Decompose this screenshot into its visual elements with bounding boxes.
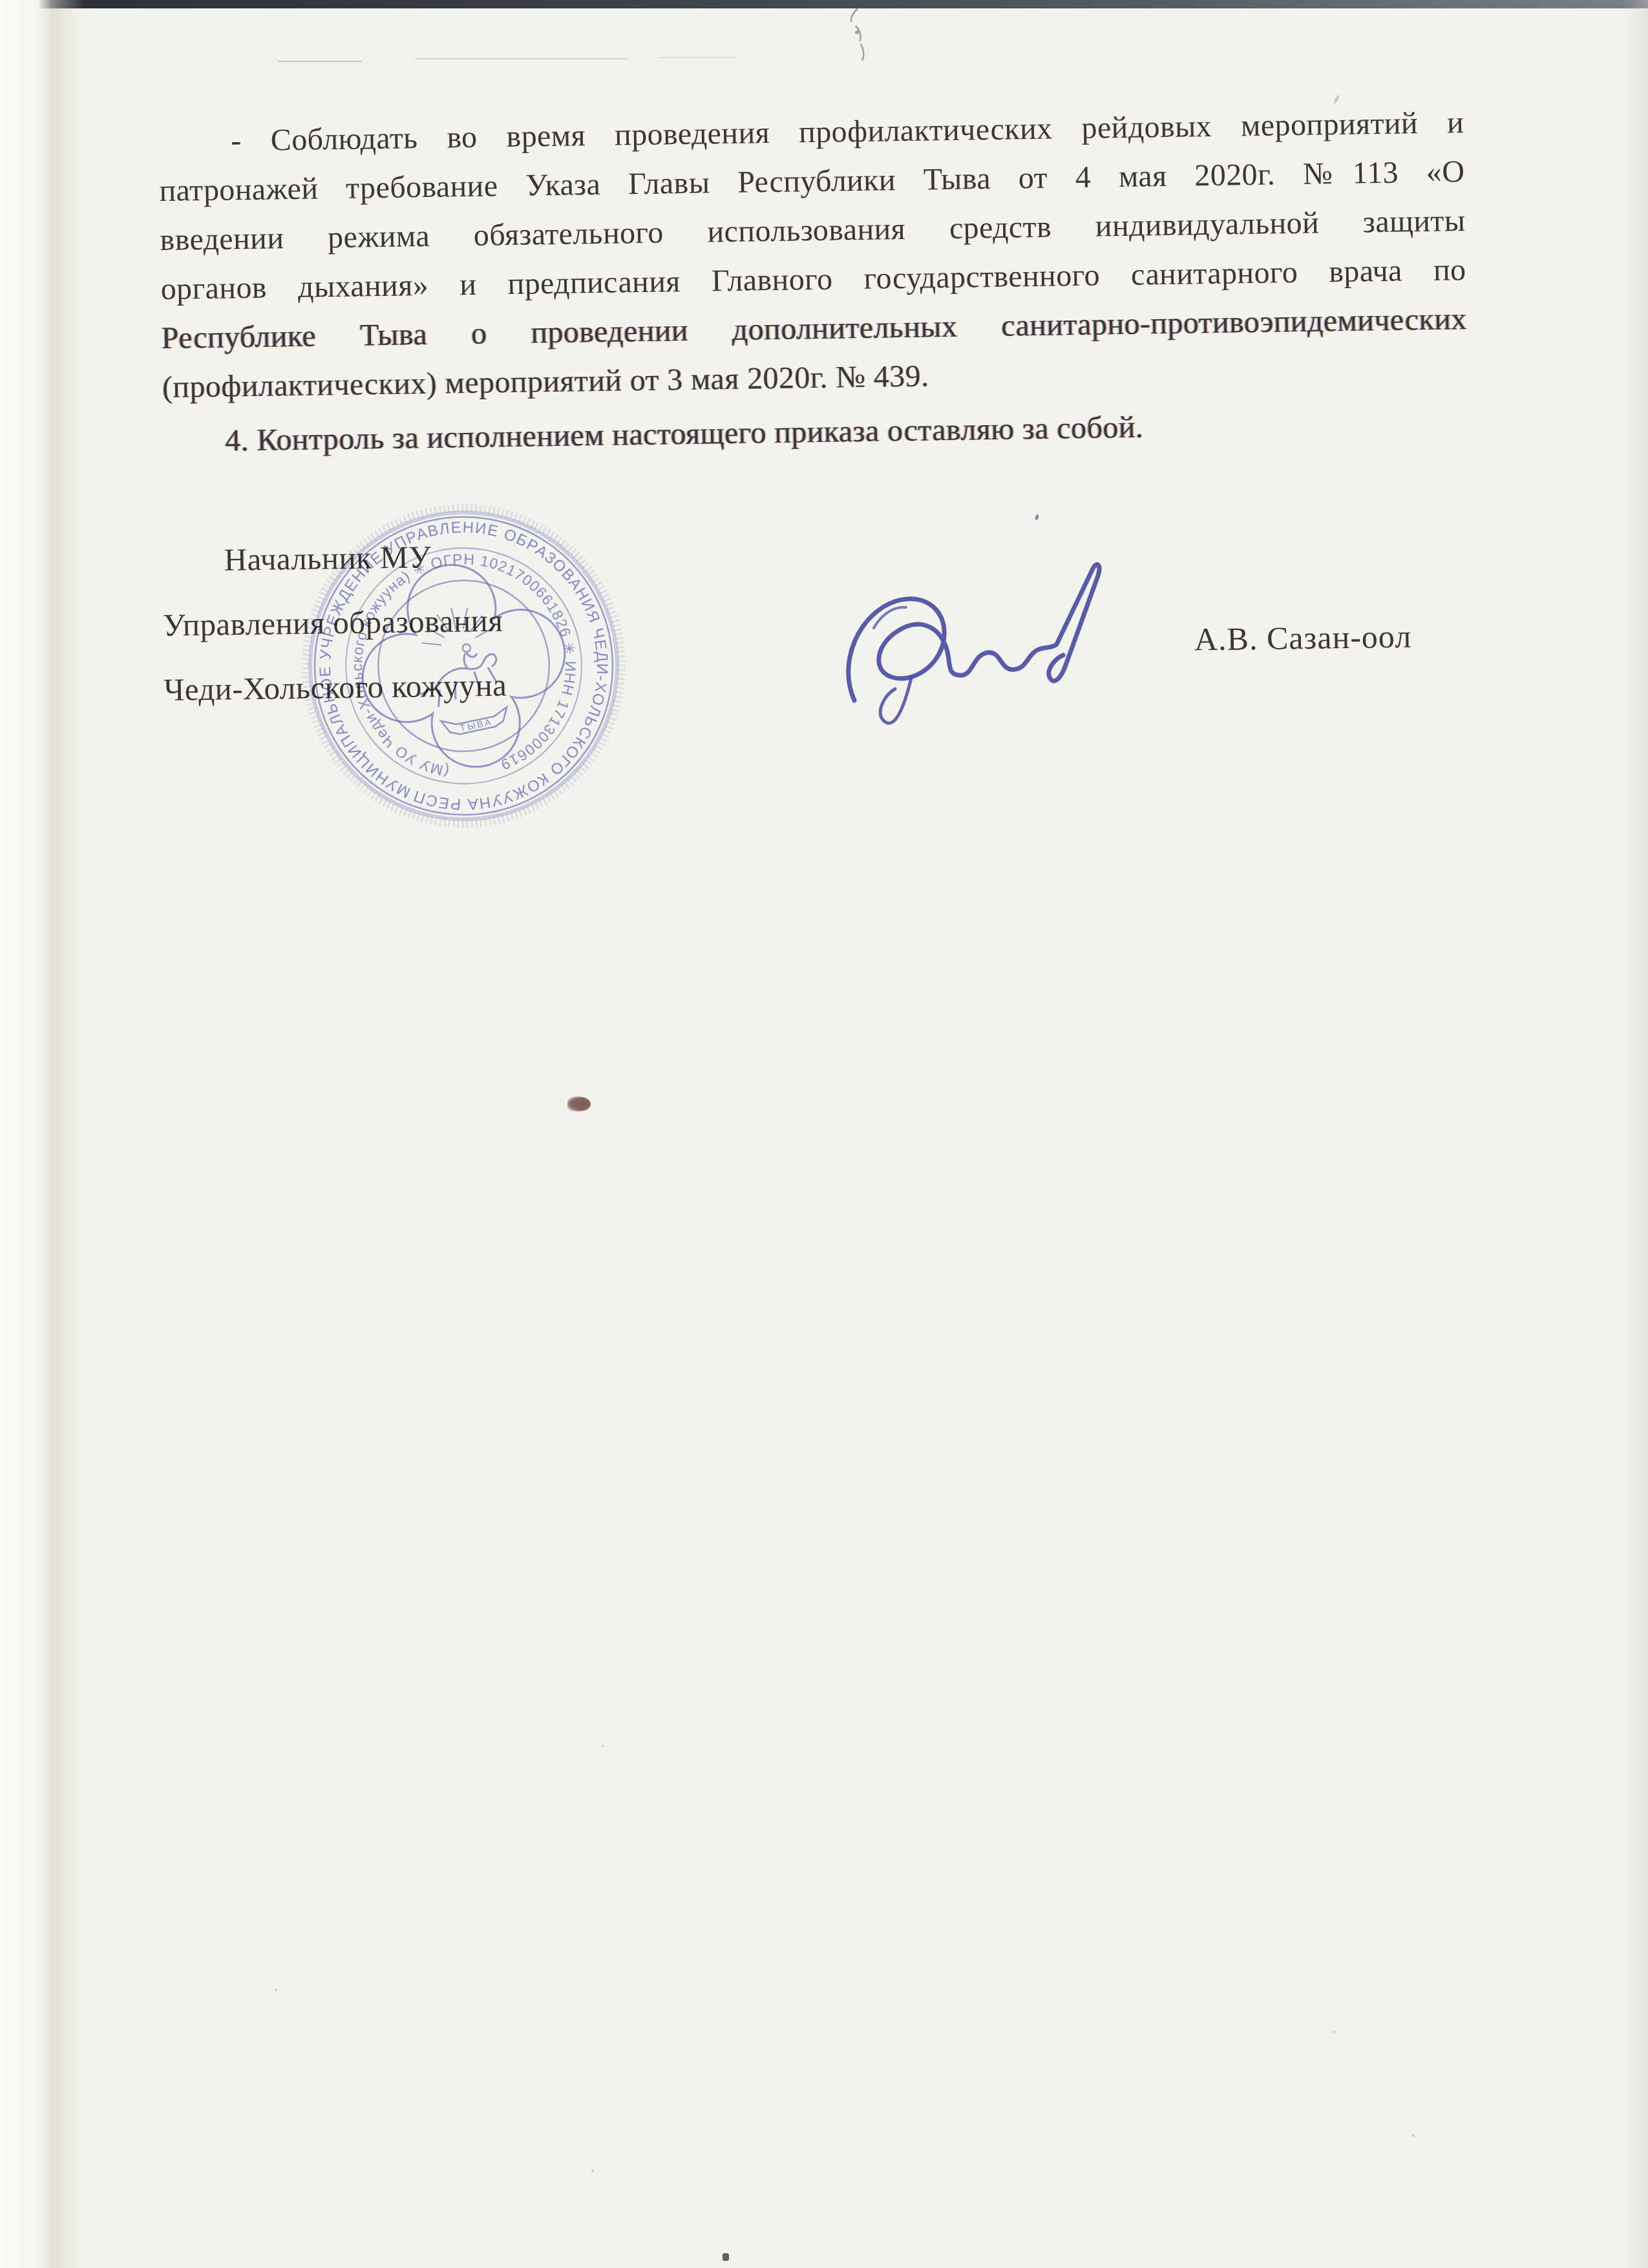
scan-scratch-mark xyxy=(834,4,892,68)
scan-speck xyxy=(601,1745,604,1747)
official-round-stamp: МУНИЦИПАЛЬНОЕ УЧРЕЖДЕНИЕ УПРАВЛЕНИЕ ОБРА… xyxy=(262,465,665,867)
scan-speck xyxy=(275,1989,277,1991)
horseman-icon xyxy=(411,638,503,710)
ink-blot-artifact xyxy=(567,1097,591,1111)
scan-speck xyxy=(1035,514,1039,521)
scan-left-shading xyxy=(0,0,84,2268)
order-paragraph: - Соблюдать во время проведения профилак… xyxy=(158,98,1469,467)
scan-dash-artifact xyxy=(278,61,362,62)
sun-rays-icon xyxy=(416,600,494,649)
scanner-edge-strip xyxy=(0,0,1648,8)
scan-right-shading xyxy=(1622,0,1648,2268)
scan-speck xyxy=(591,2170,594,2172)
scan-speck xyxy=(723,2253,729,2261)
document-page: - Соблюдать во время проведения профилак… xyxy=(0,0,1648,2268)
stamp-outer-border xyxy=(282,484,646,848)
handwritten-signature xyxy=(835,551,1119,744)
signatory-name: А.В. Сазан-оол xyxy=(1194,618,1412,658)
scan-dash-artifact xyxy=(659,57,737,58)
scan-speck xyxy=(1411,2134,1415,2137)
stamp-inner-ring-label: (МУ УО Чеди-Хольского кожууна) ✳ ОГРН 10… xyxy=(333,536,594,796)
stamp-outer-border-inner xyxy=(287,489,640,843)
scan-speck xyxy=(1333,2031,1336,2033)
stamp-outer-ring-label: МУНИЦИПАЛЬНОЕ УЧРЕЖДЕНИЕ УПРАВЛЕНИЕ ОБРА… xyxy=(271,473,657,859)
scan-dash-artifact xyxy=(415,58,628,59)
